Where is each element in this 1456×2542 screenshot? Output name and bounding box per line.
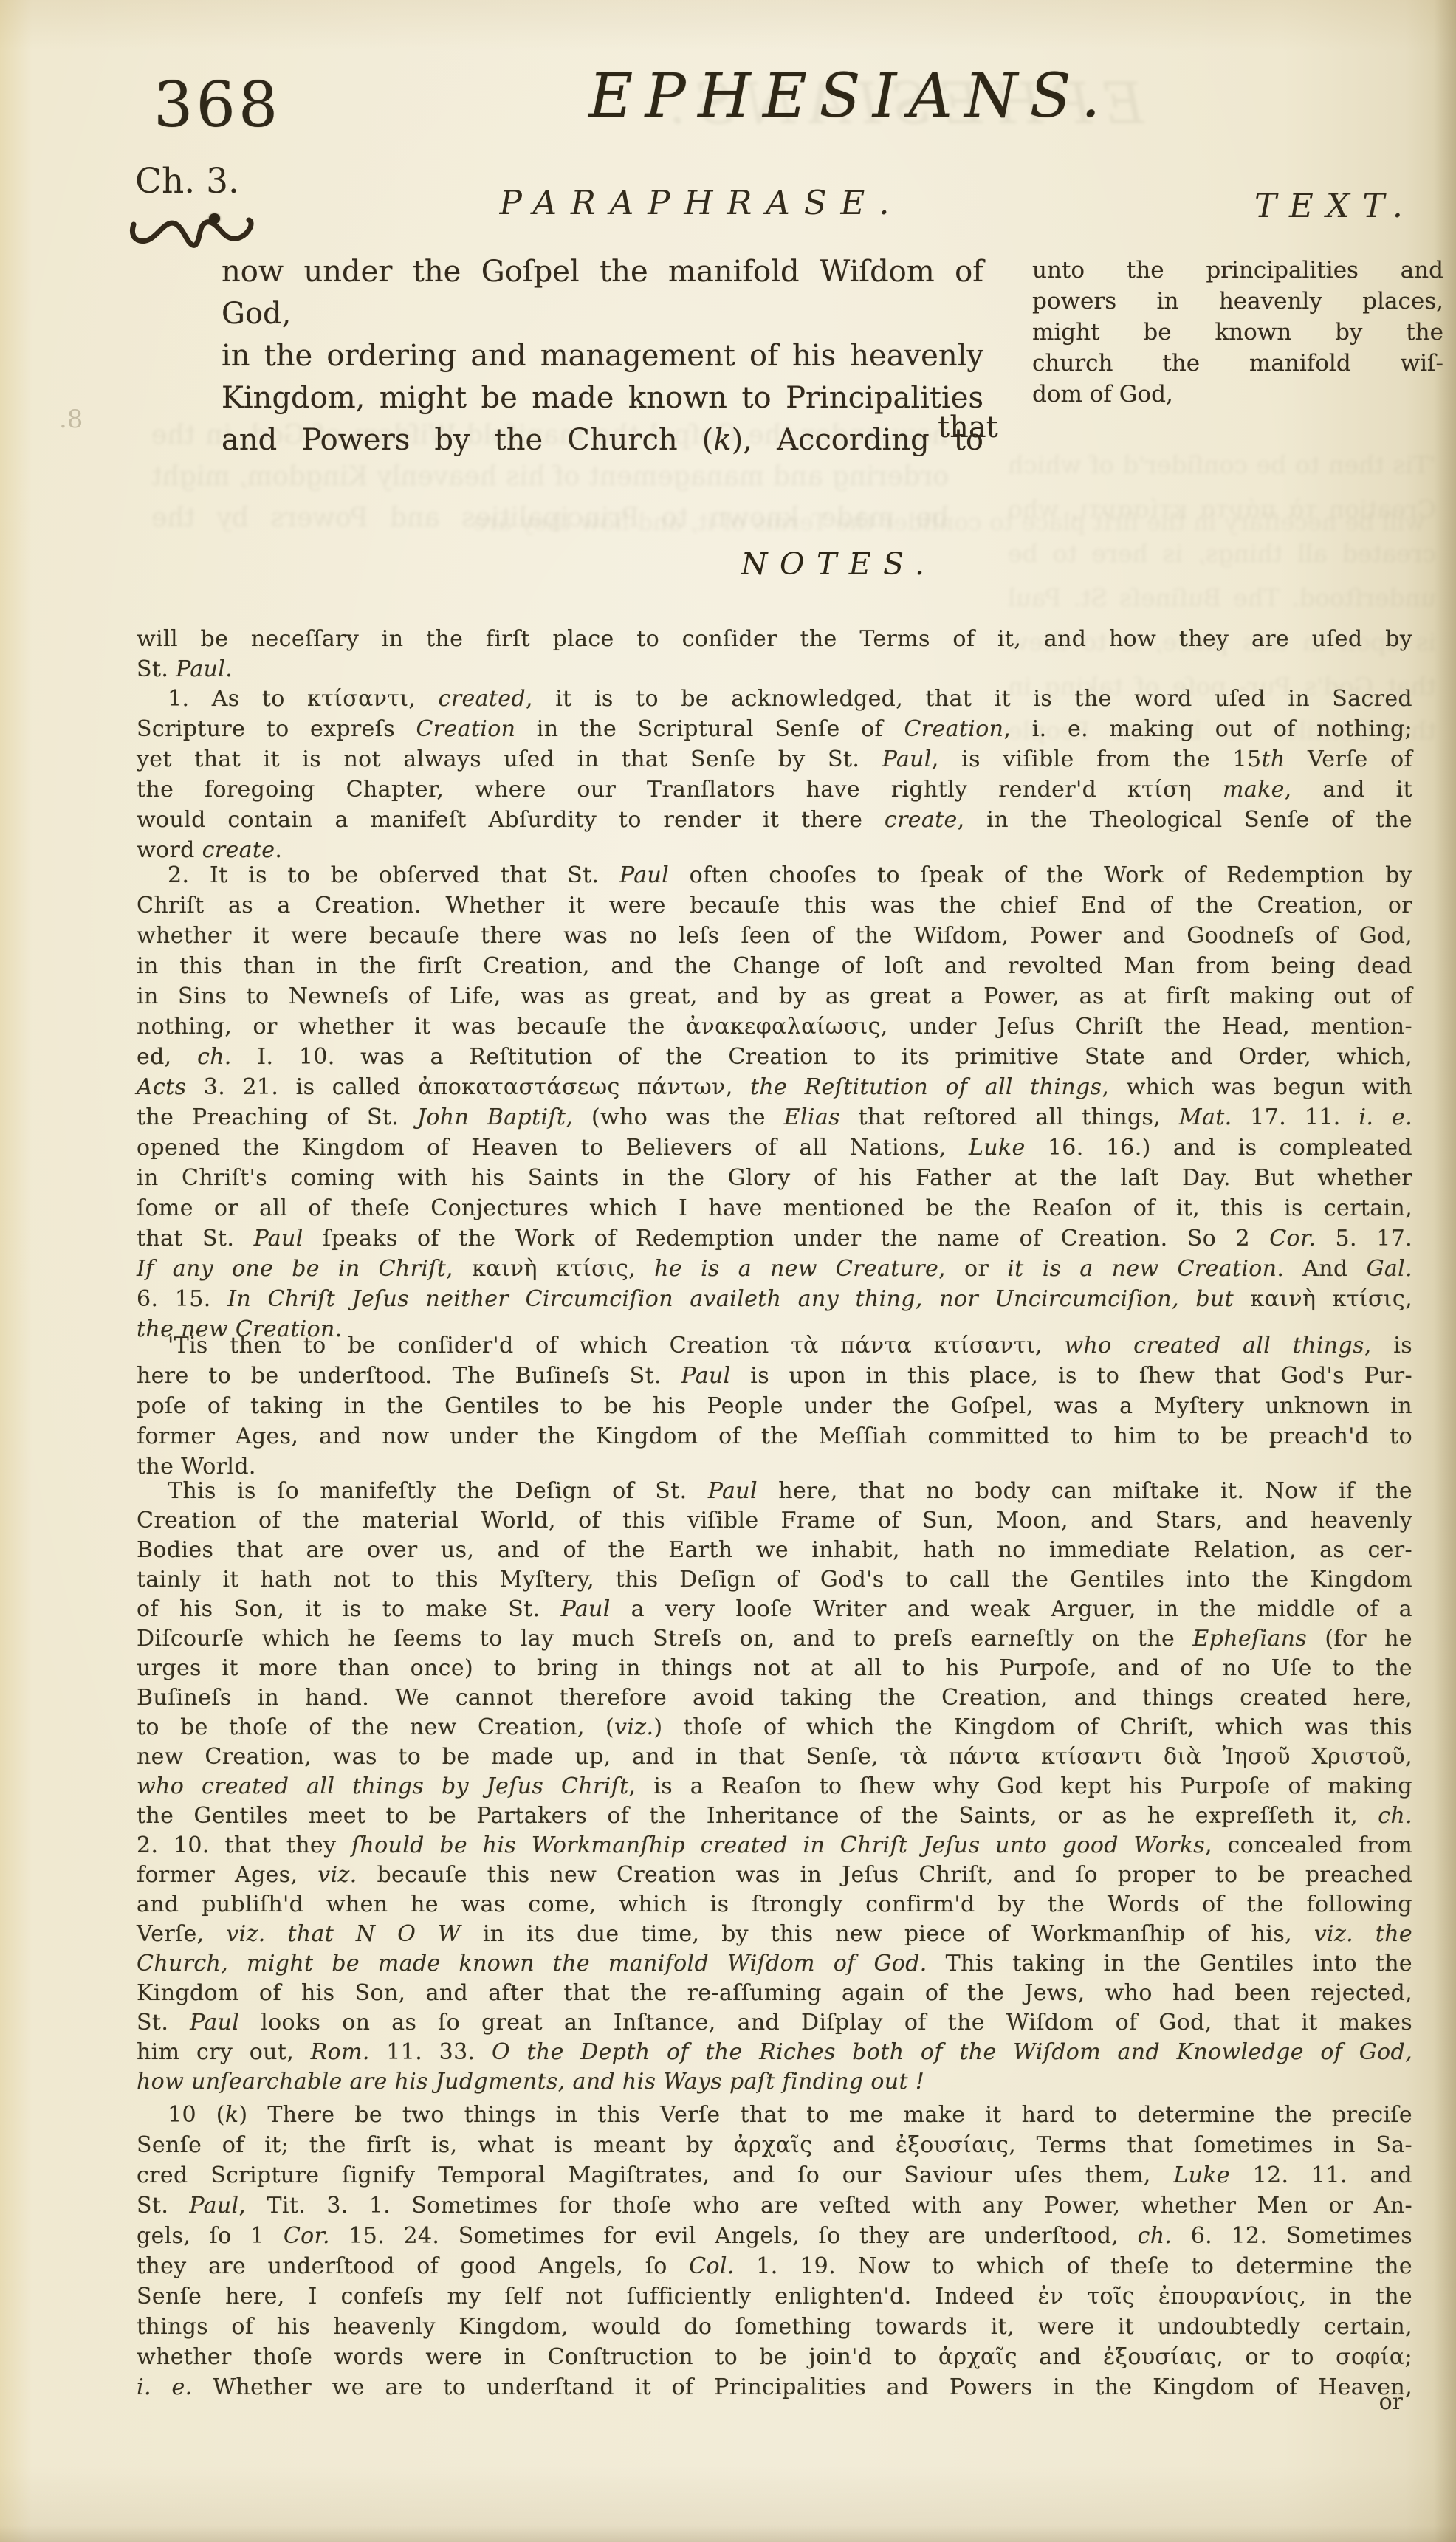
notes-catchword: or xyxy=(1255,2389,1403,2415)
chapter-flourish-icon xyxy=(129,211,256,253)
notes-paragraph: 2. It is to be obſerved that St. Paul of… xyxy=(137,860,1412,1344)
page-number: 368 xyxy=(154,74,281,136)
book-page-scan: EPHESIANS. now under the Goſpel the mani… xyxy=(0,0,1456,2542)
notes-paragraph: 'Tis then to be conſider'd of which Crea… xyxy=(137,1330,1412,1482)
notes-paragraph: will be neceſſary in the firſt place to … xyxy=(137,624,1412,684)
book-title: EPHESIANS. xyxy=(481,66,1220,127)
paraphrase-catchword: that xyxy=(938,411,998,444)
stray-mark: .8 xyxy=(59,405,83,434)
ink-dot xyxy=(209,213,220,224)
text-column: unto the principalities andpowers in hea… xyxy=(1032,255,1443,410)
text-heading: TEXT. xyxy=(1217,189,1453,222)
paraphrase-heading: PARAPHRASE. xyxy=(399,186,1004,219)
notes-paragraph: 10 (k) There be two things in this Verſe… xyxy=(137,2100,1412,2402)
page-edge-shadow xyxy=(1434,0,1456,2542)
paraphrase-column: now under the Goſpel the manifold Wiſdom… xyxy=(222,251,983,461)
notes-paragraph: 1. As to κτίσαντι, created, it is to be … xyxy=(137,684,1412,865)
notes-heading: NOTES. xyxy=(684,549,994,580)
chapter-label: Ch. 3. xyxy=(135,164,239,199)
bleedthrough-ghost: will be neceſſary in the firſt place to … xyxy=(473,499,1425,546)
page-edge-shadow xyxy=(0,2526,1456,2542)
notes-paragraph: This is ſo manifeſtly the Deſign of St. … xyxy=(137,1477,1412,2097)
